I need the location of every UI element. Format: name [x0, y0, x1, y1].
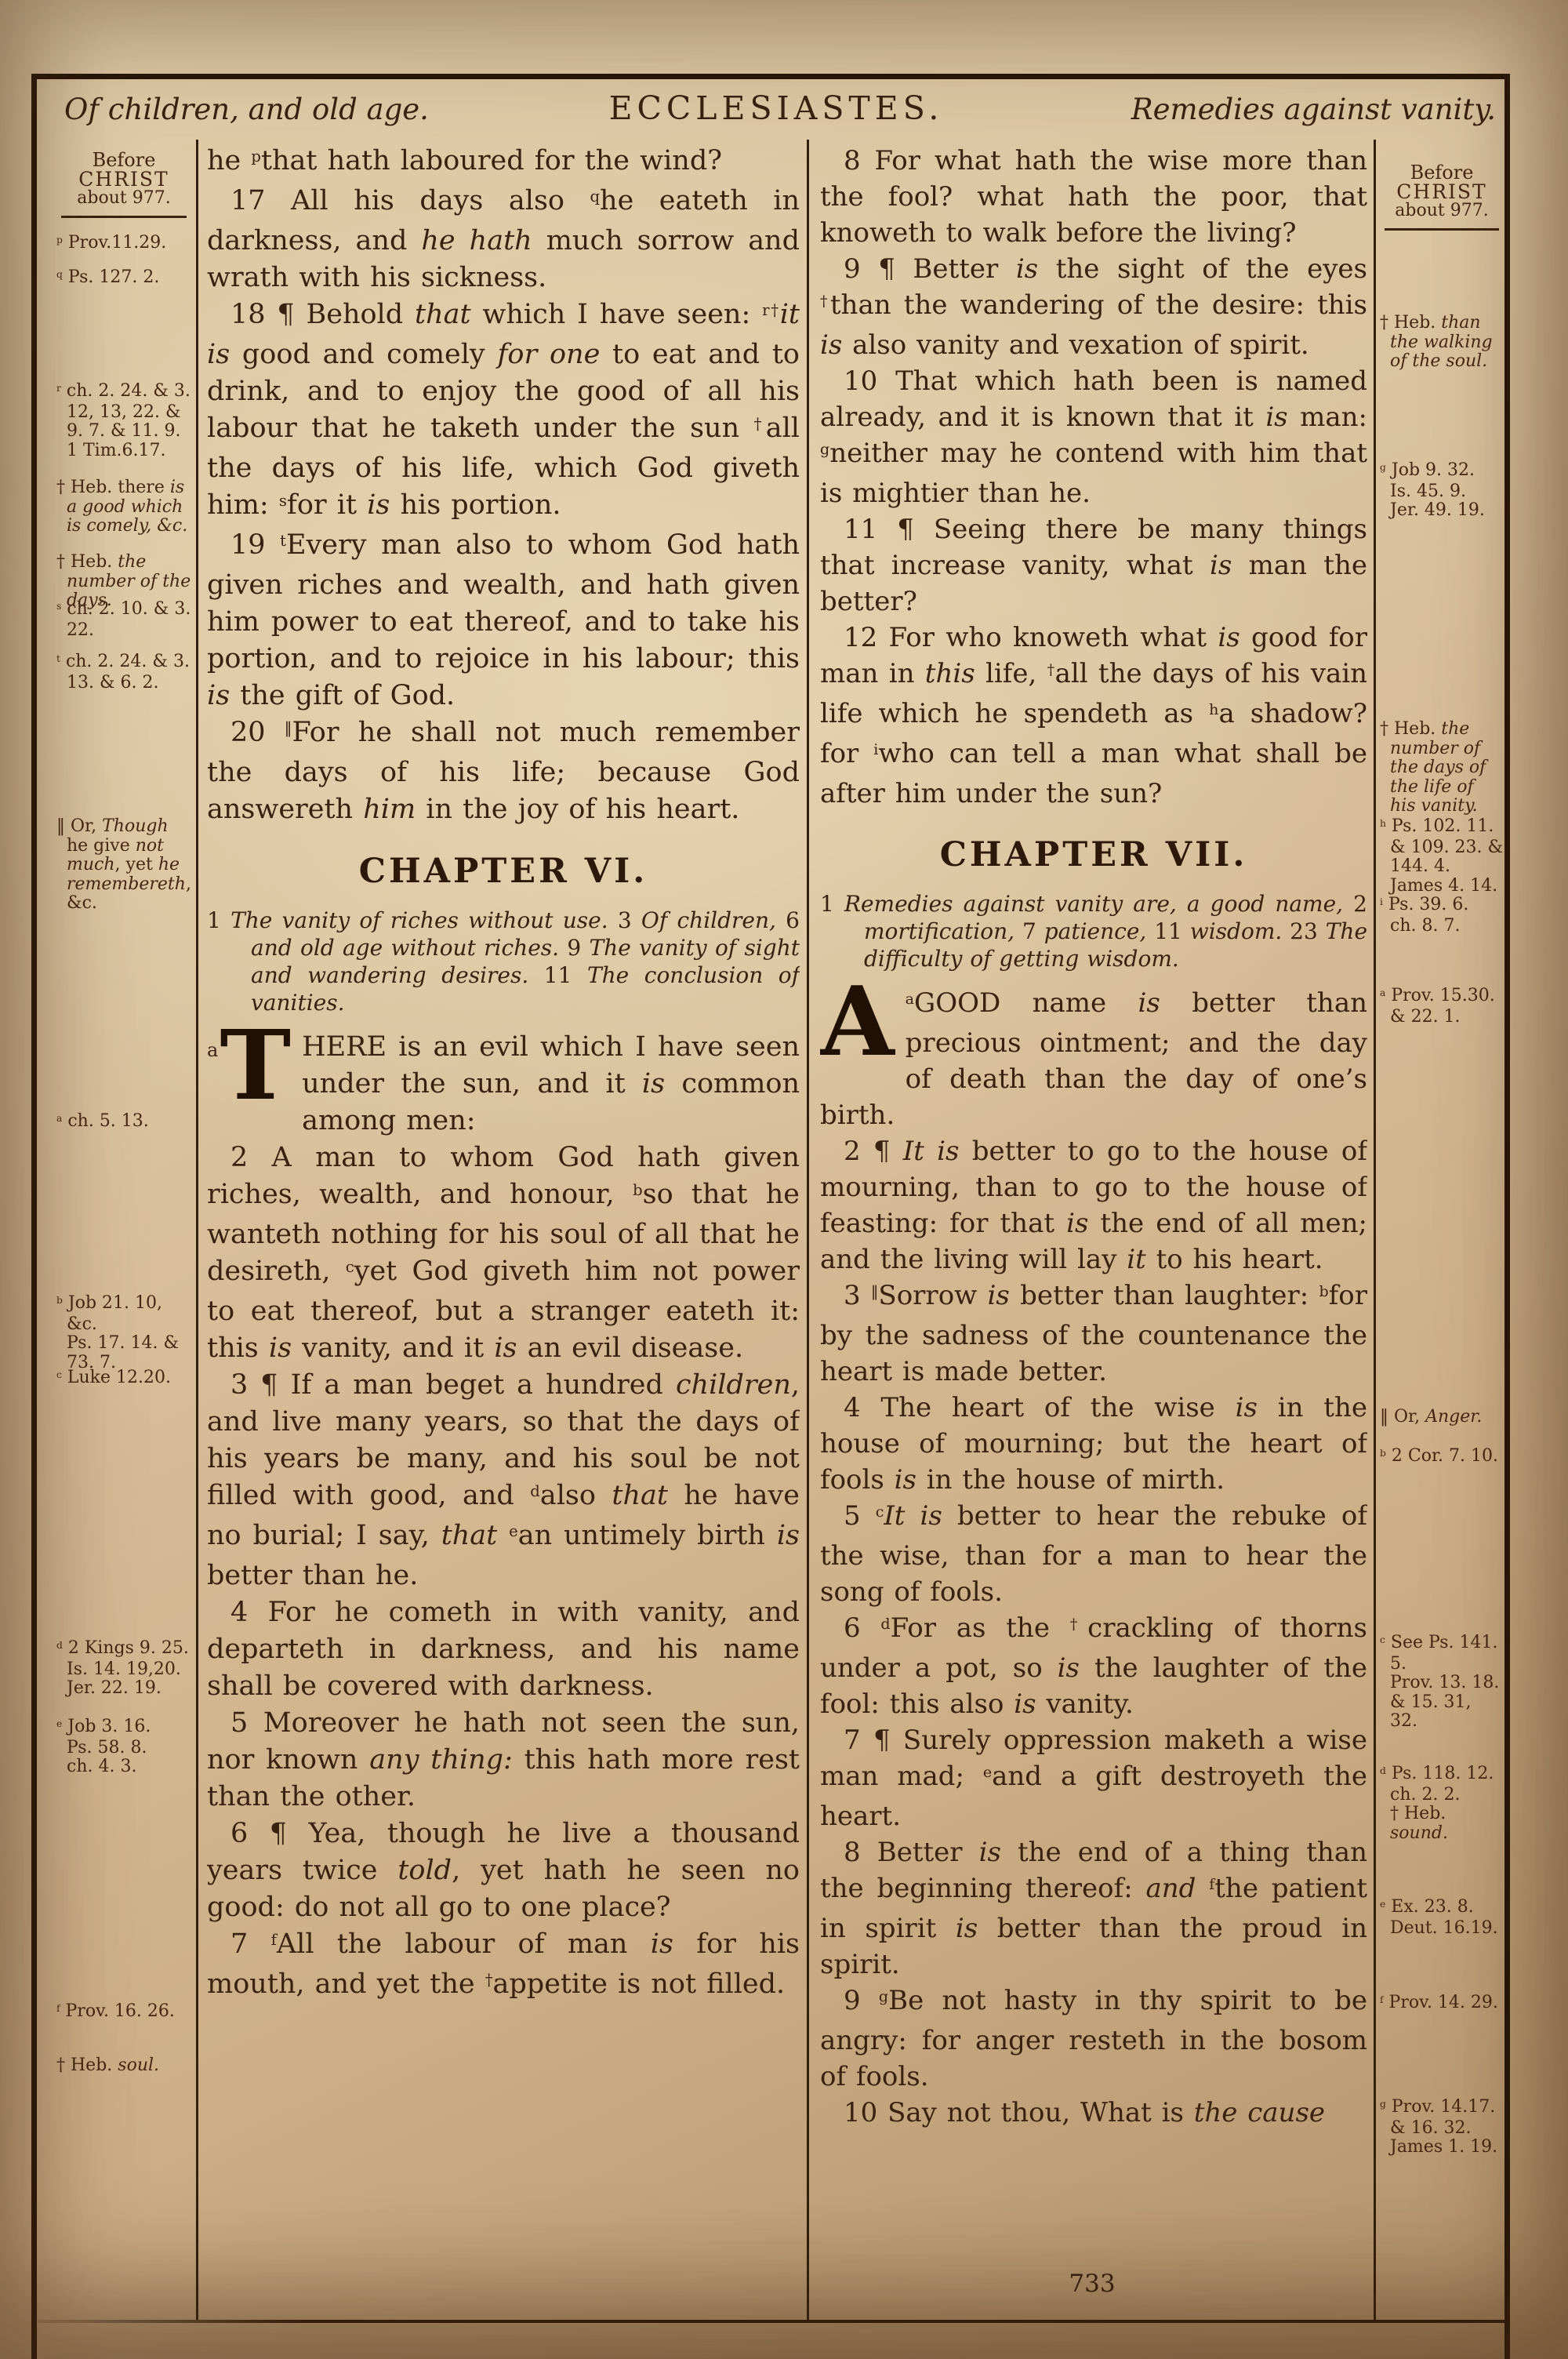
dropcap-ref-letter: a [207, 1039, 218, 1061]
before-christ-line1: Before [56, 151, 191, 170]
scanned-bible-page: Of children, and old age. ECCLESIASTES. … [0, 0, 1568, 2359]
margin-reference-note: s ch. 2. 10. & 3. 22. [56, 600, 191, 640]
margin-reference-note: † Heb. than the walking of the soul. [1380, 314, 1504, 372]
verse-paragraph: 7 fAll the labour of man is for his mout… [207, 1926, 800, 2006]
before-christ-line1: Before [1380, 163, 1504, 183]
verse-paragraph: 6 ¶ Yea, though he live a thousand years… [207, 1816, 800, 1926]
verse-paragraph: 2 ¶ It is better to go to the house of m… [820, 1133, 1367, 1278]
verse-paragraph: 8 For what hath the wise more than the f… [820, 143, 1367, 251]
page-frame-top [31, 74, 1510, 79]
margin-reference-note: a ch. 5. 13. [56, 1112, 191, 1133]
verse-paragraph: he pthat hath laboured for the wind? [207, 143, 800, 183]
verse-paragraph: 4 For he cometh in with vanity, and depa… [207, 1594, 800, 1705]
margin-reference-note: b Job 21. 10, &c.Ps. 17. 14. & 73. 7. [56, 1294, 191, 1372]
margin-reference-note: f Prov. 16. 26. [56, 2002, 191, 2023]
right-text-column: 8 For what hath the wise more than the f… [820, 143, 1367, 2321]
dropcap-verse: AaGOOD name is better than precious oint… [820, 985, 1367, 1133]
left-margin-references: Before CHRIST about 977. p Prov.11.29.q … [56, 0, 191, 2359]
verse-paragraph: 5 cIt is better to hear the rebuke of th… [820, 1498, 1367, 1610]
verse-paragraph: 7 ¶ Surely oppression maketh a wise man … [820, 1722, 1367, 1834]
verse-paragraph: 12 For who knoweth what is good for man … [820, 620, 1367, 812]
verse-paragraph: 4 The heart of the wise is in the house … [820, 1390, 1367, 1498]
page-frame-right [1504, 74, 1510, 2359]
heading-underline [61, 216, 187, 218]
verse-paragraph: 9 gBe not hasty in thy spirit to be angr… [820, 1983, 1367, 2095]
verse-paragraph: 3 ¶ If a man beget a hundred children, a… [207, 1367, 800, 1594]
drop-cap: A [820, 985, 895, 1064]
margin-reference-note: t ch. 2. 24. & 3. 13. & 6. 2. [56, 652, 191, 692]
right-margin-divider-rule [1374, 140, 1376, 2320]
verse-paragraph: 9 ¶ Better is the sight of the eyes †tha… [820, 251, 1367, 363]
margin-reference-note: g Job 9. 32.Is. 45. 9.Jer. 49. 19. [1380, 461, 1504, 521]
drop-cap: aT [207, 1029, 291, 1109]
left-margin-divider-rule [196, 140, 198, 2320]
running-header: Of children, and old age. ECCLESIASTES. … [55, 88, 1497, 135]
page-number: 733 [1053, 2270, 1131, 2298]
center-column-divider-rule [807, 140, 809, 2320]
margin-reference-note: † Heb. the number of the days of the lif… [1380, 720, 1504, 816]
verse-paragraph: 10 That which hath been is named already… [820, 363, 1367, 511]
verse-paragraph: 11 ¶ Seeing there be many things that in… [820, 511, 1367, 620]
verse-paragraph: 3 ‖Sorrow is better than laughter: bfor … [820, 1278, 1367, 1390]
verse-paragraph: 5 Moreover he hath not seen the sun, nor… [207, 1705, 800, 1816]
margin-reference-note: h Ps. 102. 11. & 109. 23. & 144. 4.James… [1380, 817, 1504, 896]
page-frame-left [31, 74, 37, 2359]
dropcap-letter: A [820, 965, 895, 1078]
margin-reference-note: q Ps. 127. 2. [56, 268, 191, 289]
margin-reference-note: r ch. 2. 24. & 3. 12, 13, 22. & 9. 7. & … [56, 382, 191, 460]
margin-reference-note: c See Ps. 141. 5.Prov. 13. 18. & 15. 31,… [1380, 1634, 1504, 1732]
chapter-summary: 1 Remedies against vanity are, a good na… [820, 890, 1367, 972]
left-text-column: he pthat hath laboured for the wind?17 A… [207, 143, 800, 2321]
verse-paragraph: 18 ¶ Behold that which I have seen: r†it… [207, 296, 800, 527]
chapter-heading: CHAPTER VII. [820, 835, 1367, 874]
verse-paragraph: 17 All his days also qhe eateth in darkn… [207, 183, 800, 296]
margin-reference-note: a Prov. 15.30. & 22. 1. [1380, 987, 1504, 1027]
chapter-summary: 1 The vanity of riches without use. 3 Of… [207, 907, 800, 1016]
margin-reference-note: d 2 Kings 9. 25.Is. 14. 19,20.Jer. 22. 1… [56, 1639, 191, 1699]
dropcap-verse: aTHERE is an evil which I have seen unde… [207, 1029, 800, 1140]
margin-reference-note: f Prov. 14. 29. [1380, 1994, 1504, 2015]
before-christ-line2: CHRIST [1380, 183, 1504, 202]
before-christ-heading-right: Before CHRIST about 977. [1380, 163, 1504, 231]
before-christ-heading-left: Before CHRIST about 977. [56, 151, 191, 218]
margin-reference-note: g Prov. 14.17. & 16. 32.James 1. 19. [1380, 2098, 1504, 2157]
dropcap-letter: T [220, 1009, 291, 1121]
margin-reference-note: b 2 Cor. 7. 10. [1380, 1447, 1504, 1468]
margin-reference-note: † Heb. there is a good which is comely, … [56, 478, 191, 536]
heading-underline [1385, 228, 1499, 231]
verse-paragraph: 2 A man to whom God hath given riches, w… [207, 1140, 800, 1367]
before-christ-line2: CHRIST [56, 170, 191, 190]
before-christ-line3: about 977. [1380, 202, 1504, 221]
margin-reference-note: c Luke 12.20. [56, 1369, 191, 1390]
verse-paragraph: 8 Better is the end of a thing than the … [820, 1834, 1367, 1983]
margin-reference-note: e Ex. 23. 8.Deut. 16.19. [1380, 1898, 1504, 1938]
right-margin-references: Before CHRIST about 977. † Heb. than the… [1380, 0, 1504, 2359]
margin-reference-note: e Job 3. 16.Ps. 58. 8.ch. 4. 3. [56, 1717, 191, 1777]
verse-paragraph: 20 ‖For he shall not much remember the d… [207, 714, 800, 828]
before-christ-line3: about 977. [56, 189, 191, 209]
verse-paragraph: 10 Say not thou, What is the cause [820, 2095, 1367, 2131]
margin-reference-note: d Ps. 118. 12.ch. 2. 2.† Heb. sound. [1380, 1765, 1504, 1843]
margin-reference-note: ‖ Or, Though he give not much, yet he re… [56, 817, 191, 914]
margin-reference-note: i Ps. 39. 6.ch. 8. 7. [1380, 896, 1504, 936]
verse-paragraph: 19 tEvery man also to whom God hath give… [207, 527, 800, 714]
margin-reference-note: † Heb. soul. [56, 2056, 191, 2076]
margin-reference-note: ‖ Or, Anger. [1380, 1408, 1504, 1427]
margin-reference-note: p Prov.11.29. [56, 234, 191, 255]
verse-paragraph: 6 dFor as the †crackling of thorns under… [820, 1610, 1367, 1722]
chapter-heading: CHAPTER VI. [207, 852, 800, 891]
